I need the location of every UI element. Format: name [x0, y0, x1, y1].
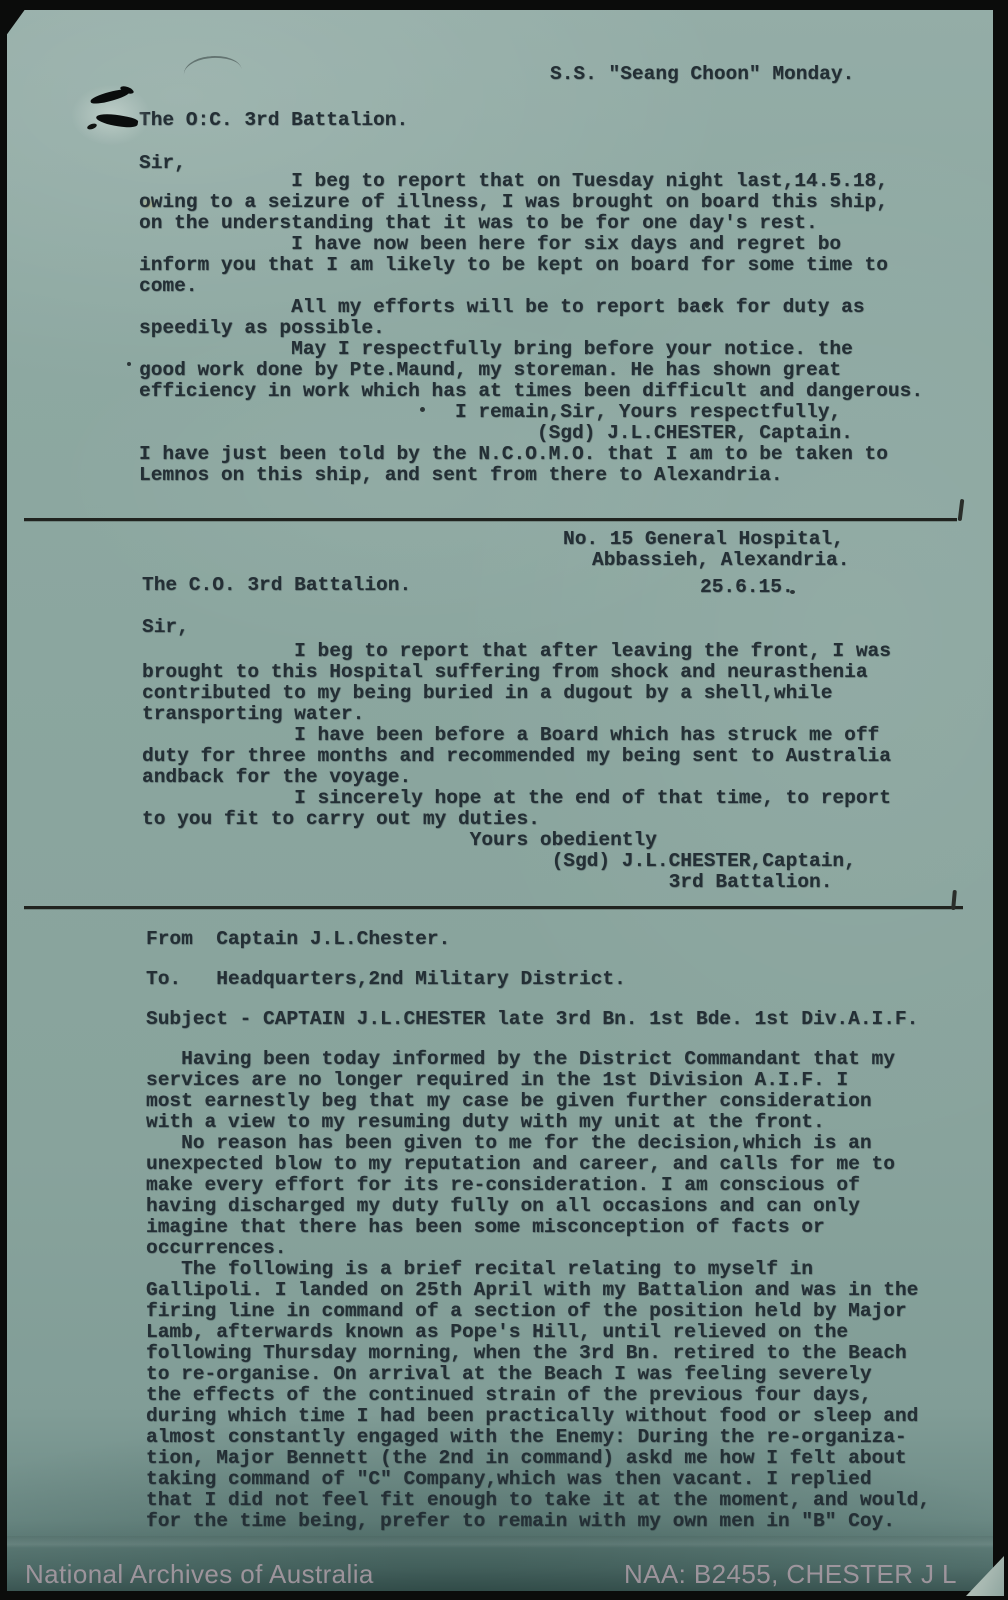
letter-1-dateline: S.S. "Seang Choon" Monday. — [550, 64, 854, 85]
divider-line-2 — [24, 906, 963, 909]
paper-crease — [0, 1536, 1008, 1548]
letter-2-body: I beg to report that after leaving the f… — [142, 641, 891, 893]
letter-2-address-line-2: Abbassieh, Alexandria. — [592, 550, 849, 571]
page-edge-left — [0, 0, 7, 1600]
watermark-item-reference: NAA: B2455, CHESTER J L — [624, 1559, 957, 1590]
divider-line-1 — [24, 518, 957, 521]
page-edge-right — [993, 0, 1008, 1600]
letter-3-subject-line: Subject - CAPTAIN J.L.CHESTER late 3rd B… — [146, 1009, 918, 1030]
letter-1-addressee: The O:C. 3rd Battalion. — [139, 110, 408, 131]
letter-1-body: I beg to report that on Tuesday night la… — [139, 171, 923, 486]
ink-speck — [127, 362, 131, 366]
pencil-mark — [182, 53, 242, 77]
letter-3-body: Having been today informed by the Distri… — [146, 1049, 930, 1532]
document-page: S.S. "Seang Choon" Monday. The O:C. 3rd … — [0, 0, 1008, 1600]
corner-notch — [0, 8, 26, 44]
letter-3-to-line: To. Headquarters,2nd Military District. — [146, 969, 626, 990]
watermark-archive-name: National Archives of Australia — [25, 1559, 374, 1590]
page-edge-top — [0, 0, 1008, 10]
pen-tick-1 — [958, 499, 965, 521]
letter-3-from-line: From Captain J.L.Chester. — [146, 929, 450, 950]
page-edge-bottom — [0, 1591, 1008, 1600]
letter-2-address-line-1: No. 15 General Hospital, — [563, 529, 844, 550]
letter-2-date: 25.6.15. — [700, 577, 794, 598]
letter-2-addressee: The C.O. 3rd Battalion. — [142, 575, 411, 596]
letter-2-salutation: Sir, — [142, 617, 189, 638]
